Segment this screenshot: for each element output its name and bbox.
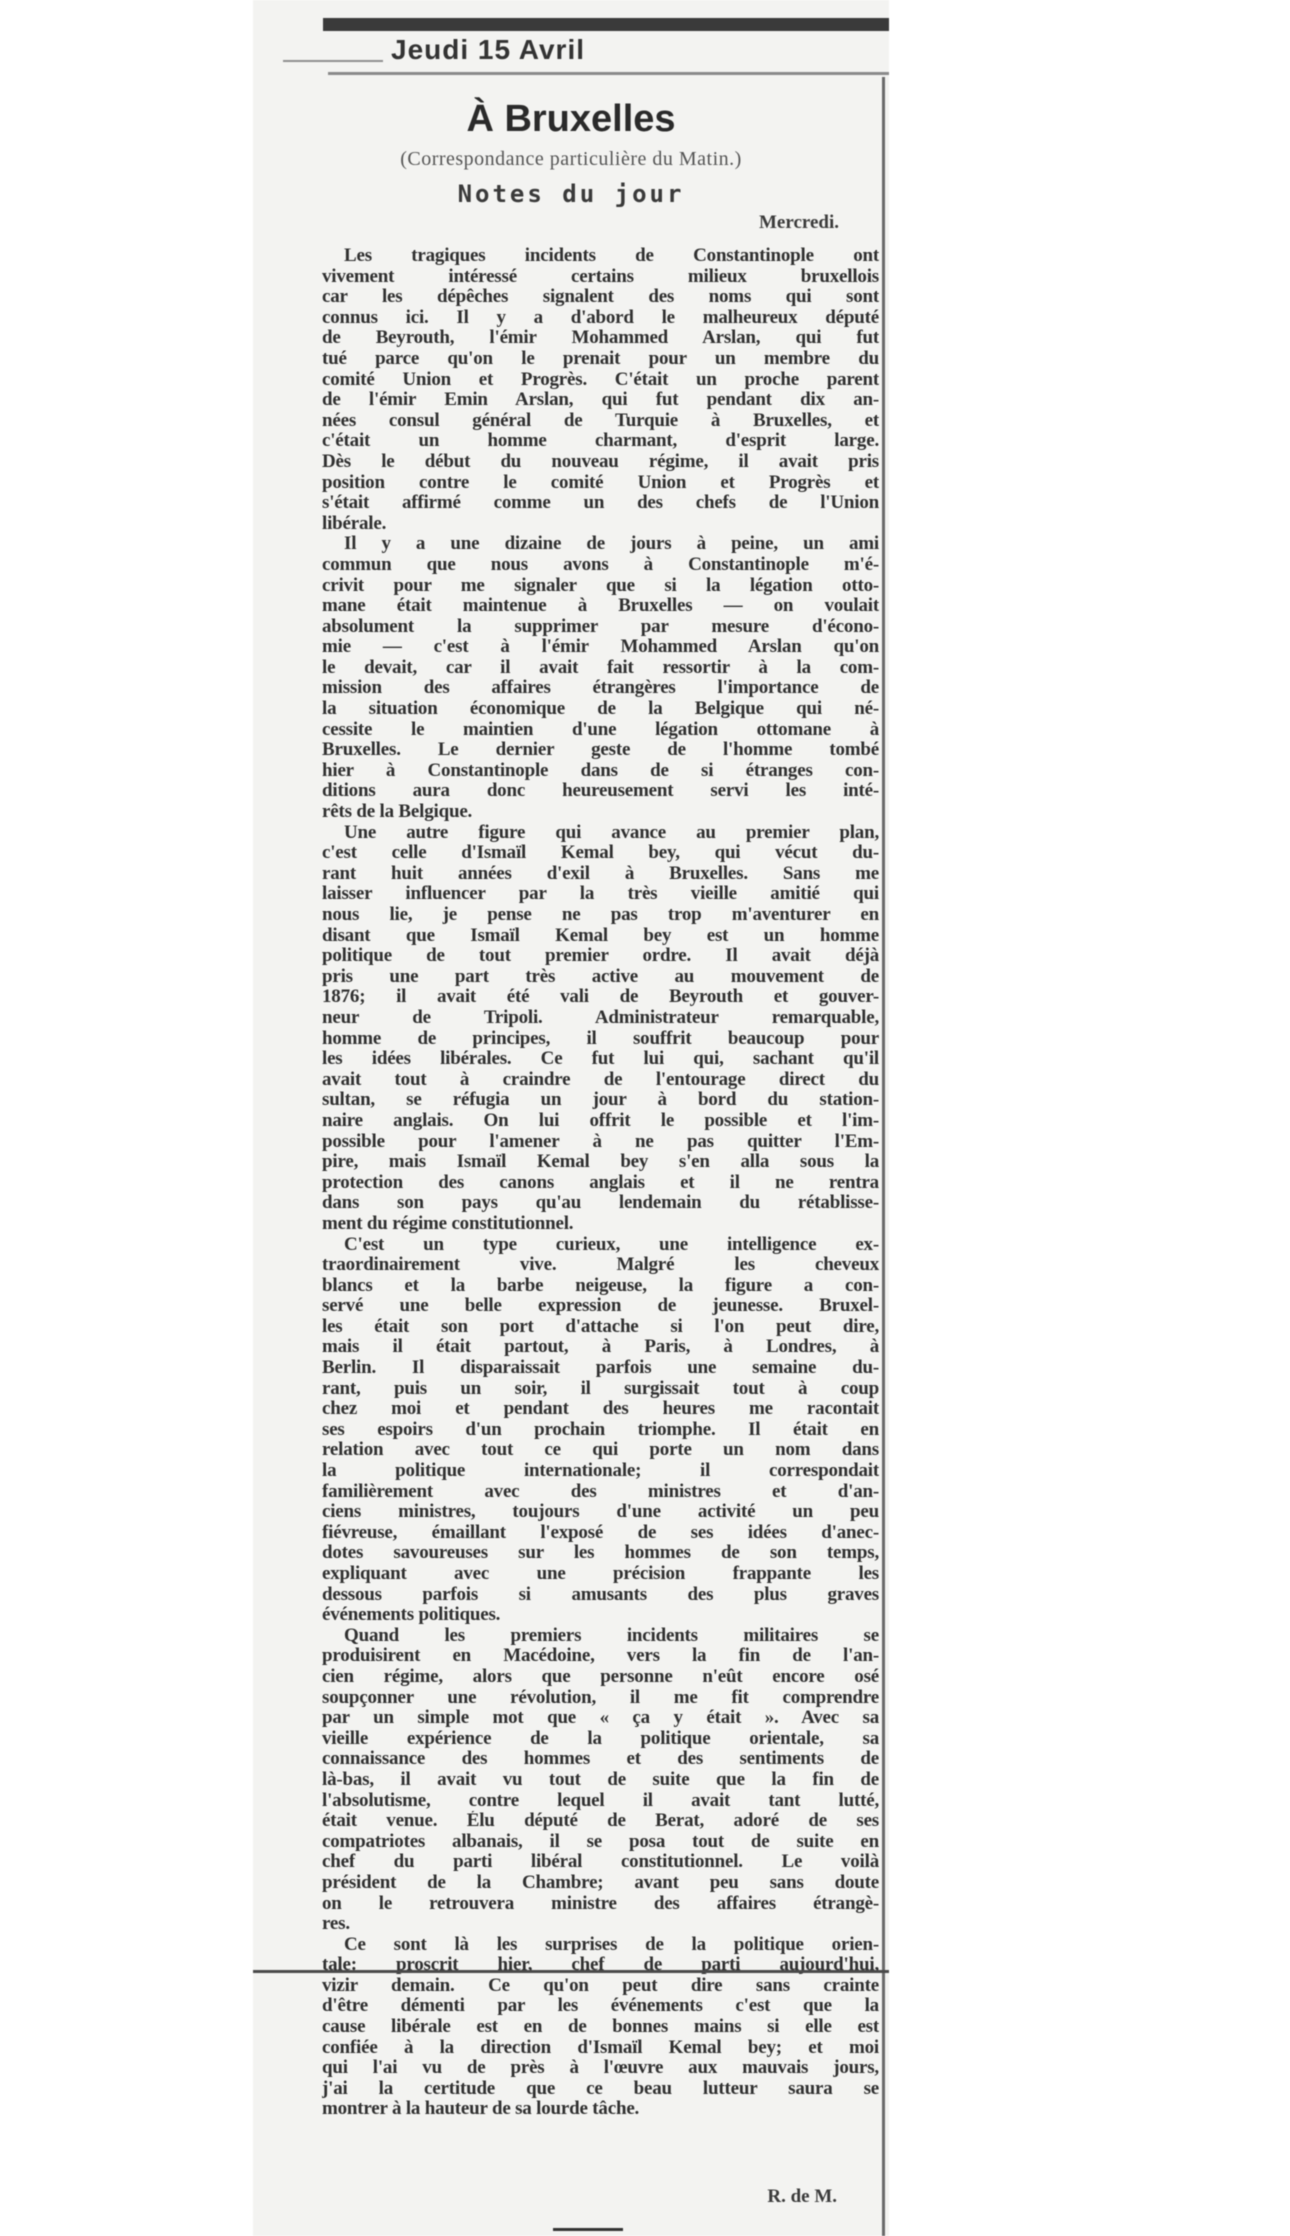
paragraph-line: la situation économique de la Belgique q… [322, 699, 879, 720]
paragraph-line: rant huit années d'exil à Bruxelles. San… [322, 864, 879, 885]
paragraph-line: Ce sont là les surprises de la politique… [322, 1935, 879, 1956]
article-paragraph: C'est un type curieux, une intelligence … [322, 1235, 879, 1626]
article-paragraph: Ce sont là les surprises de la politique… [322, 1935, 879, 2120]
paragraph-line: neur de Tripoli. Administrateur remarqua… [322, 1008, 879, 1029]
paragraph-line: Dès le début du nouveau régime, il avait… [322, 452, 879, 473]
paragraph-line: traordinairement vive. Malgré les cheveu… [322, 1255, 879, 1276]
article-paragraph: Il y a une dizaine de jours à peine, un … [322, 534, 879, 822]
masthead-thick-rule [323, 18, 889, 31]
paragraph-line: nées consul général de Turquie à Bruxell… [322, 411, 879, 432]
paragraph-line: expliquant avec une précision frappante … [322, 1564, 879, 1585]
paragraph-line: montrer à la hauteur de sa lourde tâche. [322, 2099, 879, 2120]
paragraph-line: les était son port d'attache si l'on peu… [322, 1317, 879, 1338]
article-paragraph: Quand les premiers incidents militaires … [322, 1626, 879, 1935]
paragraph-line: Une autre figure qui avance au premier p… [322, 823, 879, 844]
article-body: Les tragiques incidents de Constantinopl… [322, 246, 879, 2120]
paragraph-line: comité Union et Progrès. C'était un proc… [322, 370, 879, 391]
paragraph-line: laisser influencer par la très vieille a… [322, 884, 879, 905]
article-paragraph: Les tragiques incidents de Constantinopl… [322, 246, 879, 534]
paragraph-line: commun que nous avons à Constantinople m… [322, 555, 879, 576]
paragraph-line: dotes savoureuses sur les hommes de son … [322, 1543, 879, 1564]
paragraph-line: mane était maintenue à Bruxelles — on vo… [322, 596, 879, 617]
issue-date: Jeudi 15 Avril [391, 34, 585, 66]
paragraph-line: là-bas, il avait vu tout de suite que la… [322, 1770, 879, 1791]
paragraph-line: qui l'ai vu de près à l'œuvre aux mauvai… [322, 2058, 879, 2079]
date-header: Jeudi 15 Avril [253, 34, 889, 68]
paragraph-line: ditions aura donc heureusement servi les… [322, 781, 879, 802]
section-heading: Notes du jour [253, 180, 889, 208]
paragraph-line: cause libérale est en de bonnes mains si… [322, 2017, 879, 2038]
paragraph-line: confiée à la direction d'Ismaïl Kemal be… [322, 2038, 879, 2059]
paragraph-line: C'est un type curieux, une intelligence … [322, 1235, 879, 1256]
paragraph-line: disant que Ismaïl Kemal bey est un homme [322, 926, 879, 947]
paragraph-line: sultan, se réfugia un jour à bord du sta… [322, 1090, 879, 1111]
paragraph-line: d'être démenti par les événements c'est … [322, 1996, 879, 2017]
paragraph-line: car les dépêches signalent des noms qui … [322, 287, 879, 308]
paragraph-line: protection des canons anglais et il ne r… [322, 1173, 879, 1194]
paragraph-line: mie — c'est à l'émir Mohammed Arslan qu'… [322, 637, 879, 658]
paragraph-line: ment du régime constitutionnel. [322, 1214, 879, 1235]
paragraph-line: était venue. Élu député de Berat, adoré … [322, 1811, 879, 1832]
horizontal-rule [253, 1970, 889, 1973]
paragraph-line: c'était un homme charmant, d'esprit larg… [322, 431, 879, 452]
paragraph-line: Berlin. Il disparaissait parfois une sem… [322, 1358, 879, 1379]
article-paragraph: Une autre figure qui avance au premier p… [322, 823, 879, 1235]
paragraph-line: relation avec tout ce qui porte un nom d… [322, 1440, 879, 1461]
column-divider [882, 77, 885, 2236]
paragraph-line: naire anglais. On lui offrit le possible… [322, 1111, 879, 1132]
end-of-article-dash [553, 2228, 623, 2231]
paragraph-line: servé une belle expression de jeunesse. … [322, 1296, 879, 1317]
paragraph-line: Les tragiques incidents de Constantinopl… [322, 246, 879, 267]
paragraph-line: président de la Chambre; avant peu sans … [322, 1873, 879, 1894]
paragraph-line: hier à Constantinople dans de si étrange… [322, 761, 879, 782]
paragraph-line: politique de tout premier ordre. Il avai… [322, 946, 879, 967]
paragraph-line: les idées libérales. Ce fut lui qui, sac… [322, 1049, 879, 1070]
paragraph-line: blancs et la barbe neigeuse, la figure a… [322, 1276, 879, 1297]
paragraph-line: pris une part très active au mouvement d… [322, 967, 879, 988]
paragraph-line: cessite le maintien d'une légation ottom… [322, 720, 879, 741]
paragraph-line: absolument la supprimer par mesure d'éco… [322, 617, 879, 638]
paragraph-line: compatriotes albanais, il se posa tout d… [322, 1832, 879, 1853]
paragraph-line: crivit pour me signaler que si la légati… [322, 576, 879, 597]
article-title: À Bruxelles [253, 98, 889, 141]
paragraph-line: événements politiques. [322, 1605, 879, 1626]
paragraph-line: cien régime, alors que personne n'eût en… [322, 1667, 879, 1688]
paragraph-line: position contre le comité Union et Progr… [322, 473, 879, 494]
paragraph-line: rêts de la Belgique. [322, 802, 879, 823]
paragraph-line: vieille expérience de la politique orien… [322, 1729, 879, 1750]
paragraph-line: possible pour l'amener à ne pas quitter … [322, 1132, 879, 1153]
article-dateline: Mercredi. [759, 212, 839, 234]
paragraph-line: pire, mais Ismaïl Kemal bey s'en alla so… [322, 1152, 879, 1173]
paragraph-line: rant, puis un soir, il surgissait tout à… [322, 1379, 879, 1400]
paragraph-line: connaissance des hommes et des sentiment… [322, 1749, 879, 1770]
paragraph-line: res. [322, 1914, 879, 1935]
paragraph-line: ses espoirs d'un prochain triomphe. Il é… [322, 1420, 879, 1441]
article-signature: R. de M. [767, 2186, 837, 2208]
paragraph-line: homme de principes, il souffrit beaucoup… [322, 1029, 879, 1050]
paragraph-line: mission des affaires étrangères l'import… [322, 678, 879, 699]
newspaper-column: Jeudi 15 Avril À Bruxelles (Correspondan… [253, 0, 889, 2236]
paragraph-line: vivement intéressé certains milieux brux… [322, 267, 879, 288]
paragraph-line: libérale. [322, 514, 879, 535]
paragraph-line: familièrement avec des ministres et d'an… [322, 1482, 879, 1503]
paragraph-line: vizir demain. Ce qu'on peut dire sans cr… [322, 1976, 879, 1997]
paragraph-line: l'absolutisme, contre lequel il avait ta… [322, 1791, 879, 1812]
paragraph-line: mais il était partout, à Paris, à Londre… [322, 1337, 879, 1358]
paragraph-line: de Beyrouth, l'émir Mohammed Arslan, qui… [322, 328, 879, 349]
date-rule-left [283, 60, 383, 62]
paragraph-line: chef du parti libéral constitutionnel. L… [322, 1852, 879, 1873]
paragraph-line: Bruxelles. Le dernier geste de l'homme t… [322, 740, 879, 761]
paragraph-line: s'était affirmé comme un des chefs de l'… [322, 493, 879, 514]
paragraph-line: la politique internationale; il correspo… [322, 1461, 879, 1482]
paragraph-line: 1876; il avait été vali de Beyrouth et g… [322, 987, 879, 1008]
paragraph-line: nous lie, je pense ne pas trop m'aventur… [322, 905, 879, 926]
paragraph-line: par un simple mot que « ça y était ». Av… [322, 1708, 879, 1729]
paragraph-line: ciens ministres, toujours d'une activité… [322, 1502, 879, 1523]
paragraph-line: chez moi et pendant des heures me racont… [322, 1399, 879, 1420]
paragraph-line: de l'émir Emin Arslan, qui fut pendant d… [322, 390, 879, 411]
header-thin-rule [328, 72, 889, 75]
paragraph-line: j'ai la certitude que ce beau lutteur sa… [322, 2079, 879, 2100]
paragraph-line: fiévreuse, émaillant l'exposé de ses idé… [322, 1523, 879, 1544]
paragraph-line: tué parce qu'on le prenait pour un membr… [322, 349, 879, 370]
paragraph-line: c'est celle d'Ismaïl Kemal bey, qui vécu… [322, 843, 879, 864]
article-subtitle: (Correspondance particulière du Matin.) [253, 148, 889, 171]
paragraph-line: Quand les premiers incidents militaires … [322, 1626, 879, 1647]
paragraph-line: produisirent en Macédoine, vers la fin d… [322, 1646, 879, 1667]
paragraph-line: soupçonner une révolution, il me fit com… [322, 1688, 879, 1709]
paragraph-line: Il y a une dizaine de jours à peine, un … [322, 534, 879, 555]
paragraph-line: le devait, car il avait fait ressortir à… [322, 658, 879, 679]
paragraph-line: on le retrouvera ministre des affaires é… [322, 1894, 879, 1915]
paragraph-line: dans son pays qu'au lendemain du rétabli… [322, 1193, 879, 1214]
paragraph-line: dessous parfois si amusants des plus gra… [322, 1585, 879, 1606]
paragraph-line: avait tout à craindre de l'entourage dir… [322, 1070, 879, 1091]
paragraph-line: connus ici. Il y a d'abord le malheureux… [322, 308, 879, 329]
